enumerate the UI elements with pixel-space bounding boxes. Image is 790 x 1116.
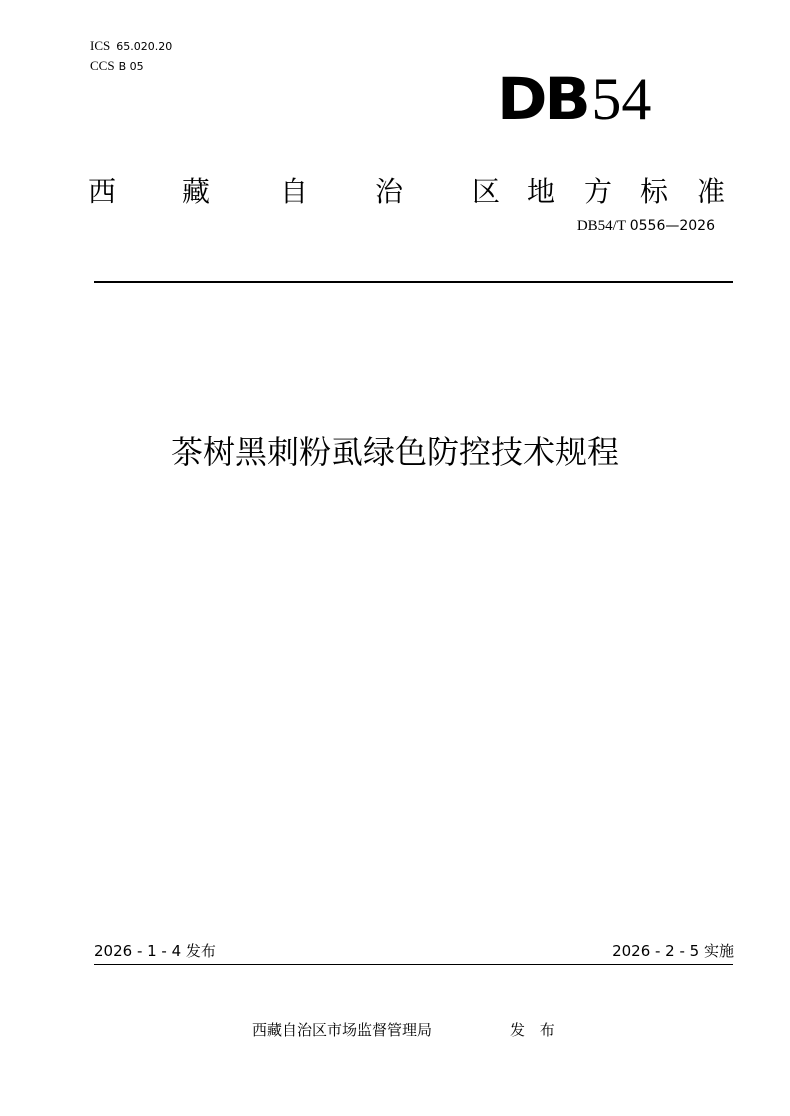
footer-divider <box>94 964 733 965</box>
db54-logo: DB54 <box>497 72 651 127</box>
logo-number: 54 <box>591 72 651 127</box>
logo-prefix: DB <box>497 72 588 127</box>
standard-type-char: 藏 <box>182 174 210 210</box>
implement-date: 2026 - 2 - 5 实施 <box>612 941 734 961</box>
standard-type-char: 方 <box>584 174 612 210</box>
issue-label: 发 布 <box>510 1019 555 1041</box>
header-divider <box>94 281 733 283</box>
standard-type-char: 治 <box>375 174 403 210</box>
standard-type-char: 标 <box>640 174 668 210</box>
standard-number-code: 0556—2026 <box>630 218 715 234</box>
standard-type-char: 地 <box>527 174 555 210</box>
issuing-authority: 西藏自治区市场监督管理局 <box>252 1019 432 1041</box>
document-title: 茶树黑刺粉虱绿色防控技术规程 <box>0 430 790 474</box>
standard-type-char: 区 <box>472 174 500 210</box>
standard-type-char: 西 <box>88 174 116 210</box>
publish-date: 2026 - 1 - 4 发布 <box>94 941 216 961</box>
ics-classification: ICS65.020.20 <box>90 38 172 55</box>
standard-type-char: 自 <box>280 174 308 210</box>
ccs-label: CCS <box>90 58 115 73</box>
ccs-classification: CCSB 05 <box>90 58 144 75</box>
standard-number: DB54/T 0556—2026 <box>577 216 715 236</box>
ics-label: ICS <box>90 38 110 53</box>
ccs-code: B 05 <box>119 60 144 73</box>
standard-number-prefix: DB54/T <box>577 218 626 234</box>
standard-type-char: 准 <box>697 174 725 210</box>
ics-code: 65.020.20 <box>116 40 172 53</box>
